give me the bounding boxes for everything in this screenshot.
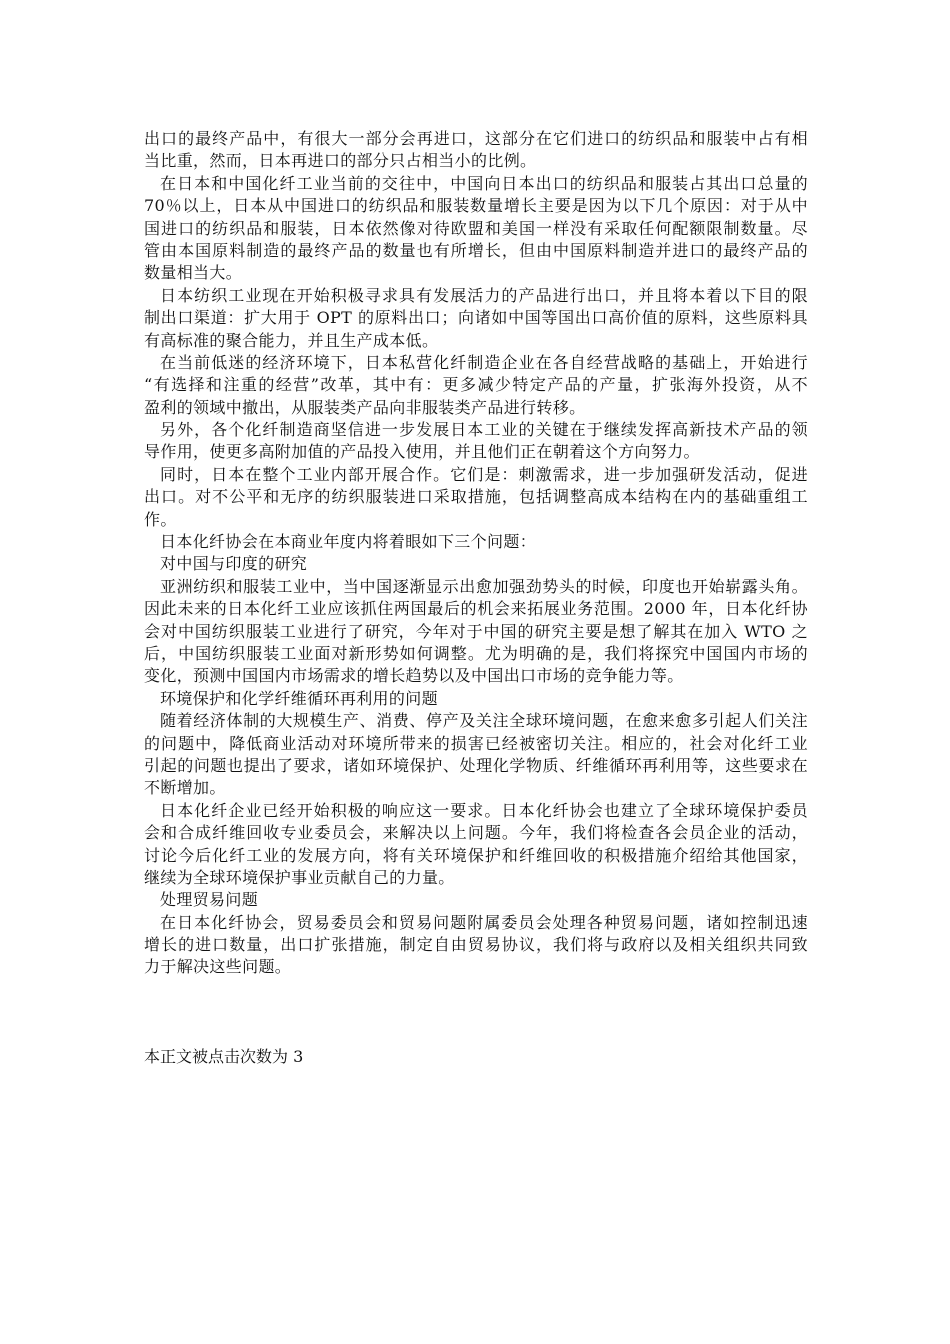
text-line: 后，中国纺织服装工业面对新形势如何调整。尤为明确的是，我们将探究中国国内市场的 bbox=[144, 643, 808, 665]
text-line: 70％以上，日本从中国进口的纺织品和服装数量增长主要是因为以下几个原因：对于从中 bbox=[144, 195, 808, 217]
text-line: 对中国与印度的研究 bbox=[144, 553, 808, 575]
text-line: 作。 bbox=[144, 509, 808, 531]
text-line: 导作用，使更多高附加值的产品投入使用，并且他们正在朝着这个方向努力。 bbox=[144, 441, 808, 463]
text-line: 有高标准的聚合能力，并且生产成本低。 bbox=[144, 330, 808, 352]
text-line: 出口的最终产品中，有很大一部分会再进口，这部分在它们进口的纺织品和服装中占有相 bbox=[144, 128, 808, 150]
spacer bbox=[144, 979, 808, 1046]
text-line: 制出口渠道：扩大用于 OPT 的原料出口；向诸如中国等国出口高价值的原料，这些原… bbox=[144, 307, 808, 329]
paragraph: 在日本和中国化纤工业当前的交往中，中国向日本出口的纺织品和服装占其出口总量的70… bbox=[144, 173, 808, 285]
paragraph: 亚洲纺织和服装工业中，当中国逐渐显示出愈加强劲势头的时候，印度也开始崭露头角。因… bbox=[144, 576, 808, 688]
text-line: 会对中国纺织服装工业进行了研究，今年对于中国的研究主要是想了解其在加入 WTO … bbox=[144, 621, 808, 643]
paragraph: 环境保护和化学纤维循环再利用的问题 bbox=[144, 688, 808, 710]
paragraph: 在日本化纤协会，贸易委员会和贸易问题附属委员会处理各种贸易问题，诸如控制迅速增长… bbox=[144, 912, 808, 979]
text-line: 另外，各个化纤制造商坚信进一步发展日本工业的关键在于继续发挥高新技术产品的领 bbox=[144, 419, 808, 441]
click-count-footer: 本正文被点击次数为 3 bbox=[144, 1046, 808, 1068]
text-line: 日本化纤企业已经开始积极的响应这一要求。日本化纤协会也建立了全球环境保护委员 bbox=[144, 800, 808, 822]
text-line: 出口。对不公平和无序的纺织服装进口采取措施，包括调整高成本结构在内的基础重组工 bbox=[144, 486, 808, 508]
text-line: 不断增加。 bbox=[144, 777, 808, 799]
text-line: 的问题中，降低商业活动对环境所带来的损害已经被密切关注。相应的，社会对化纤工业 bbox=[144, 733, 808, 755]
text-line: 因此未来的日本化纤工业应该抓住两国最后的机会来拓展业务范围。2000 年，日本化… bbox=[144, 598, 808, 620]
text-line: 变化，预测中国国内市场需求的增长趋势以及中国出口市场的竞争能力等。 bbox=[144, 665, 808, 687]
paragraph: 日本化纤企业已经开始积极的响应这一要求。日本化纤协会也建立了全球环境保护委员会和… bbox=[144, 800, 808, 890]
paragraph: 日本化纤协会在本商业年度内将着眼如下三个问题： bbox=[144, 531, 808, 553]
text-line: 数量相当大。 bbox=[144, 262, 808, 284]
document-body: 出口的最终产品中，有很大一部分会再进口，这部分在它们进口的纺织品和服装中占有相当… bbox=[144, 128, 808, 1068]
text-line: 继续为全球环境保护事业贡献自己的力量。 bbox=[144, 867, 808, 889]
text-line: 日本纺织工业现在开始积极寻求具有发展活力的产品进行出口，并且将本着以下目的限 bbox=[144, 285, 808, 307]
paragraph: 出口的最终产品中，有很大一部分会再进口，这部分在它们进口的纺织品和服装中占有相当… bbox=[144, 128, 808, 173]
text-line: 会和合成纤维回收专业委员会，来解决以上问题。今年，我们将检查各会员企业的活动， bbox=[144, 822, 808, 844]
text-line: 管由本国原料制造的最终产品的数量也有所增长，但由中国原料制造并进口的最终产品的 bbox=[144, 240, 808, 262]
paragraph: 在当前低迷的经济环境下，日本私营化纤制造企业在各自经营战略的基础上，开始进行“有… bbox=[144, 352, 808, 419]
text-line: 讨论今后化纤工业的发展方向，将有关环境保护和纤维回收的积极措施介绍给其他国家， bbox=[144, 845, 808, 867]
text-line: 处理贸易问题 bbox=[144, 889, 808, 911]
text-line: 在日本化纤协会，贸易委员会和贸易问题附属委员会处理各种贸易问题，诸如控制迅速 bbox=[144, 912, 808, 934]
text-line: “有选择和注重的经营”改革，其中有：更多减少特定产品的产量，扩张海外投资，从不 bbox=[144, 374, 808, 396]
text-line: 当比重，然而，日本再进口的部分只占相当小的比例。 bbox=[144, 150, 808, 172]
paragraph: 处理贸易问题 bbox=[144, 889, 808, 911]
text-line: 随着经济体制的大规模生产、消费、停产及关注全球环境问题，在愈来愈多引起人们关注 bbox=[144, 710, 808, 732]
text-line: 同时，日本在整个工业内部开展合作。它们是：刺激需求，进一步加强研发活动，促进 bbox=[144, 464, 808, 486]
text-line: 增长的进口数量，出口扩张措施，制定自由贸易协议，我们将与政府以及相关组织共同致 bbox=[144, 934, 808, 956]
text-line: 亚洲纺织和服装工业中，当中国逐渐显示出愈加强劲势头的时候，印度也开始崭露头角。 bbox=[144, 576, 808, 598]
text-line: 国进口的纺织品和服装，日本依然像对待欧盟和美国一样没有采取任何配额限制数量。尽 bbox=[144, 218, 808, 240]
paragraph: 对中国与印度的研究 bbox=[144, 553, 808, 575]
text-line: 在日本和中国化纤工业当前的交往中，中国向日本出口的纺织品和服装占其出口总量的 bbox=[144, 173, 808, 195]
text-line: 环境保护和化学纤维循环再利用的问题 bbox=[144, 688, 808, 710]
text-line: 力于解决这些问题。 bbox=[144, 956, 808, 978]
paragraph: 随着经济体制的大规模生产、消费、停产及关注全球环境问题，在愈来愈多引起人们关注的… bbox=[144, 710, 808, 800]
text-line: 引起的问题也提出了要求，诸如环境保护、处理化学物质、纤维循环再利用等，这些要求在 bbox=[144, 755, 808, 777]
paragraph: 同时，日本在整个工业内部开展合作。它们是：刺激需求，进一步加强研发活动，促进出口… bbox=[144, 464, 808, 531]
text-line: 在当前低迷的经济环境下，日本私营化纤制造企业在各自经营战略的基础上，开始进行 bbox=[144, 352, 808, 374]
text-line: 日本化纤协会在本商业年度内将着眼如下三个问题： bbox=[144, 531, 808, 553]
text-line: 盈利的领域中撤出，从服装类产品向非服装类产品进行转移。 bbox=[144, 397, 808, 419]
paragraph: 日本纺织工业现在开始积极寻求具有发展活力的产品进行出口，并且将本着以下目的限制出… bbox=[144, 285, 808, 352]
paragraph: 另外，各个化纤制造商坚信进一步发展日本工业的关键在于继续发挥高新技术产品的领导作… bbox=[144, 419, 808, 464]
